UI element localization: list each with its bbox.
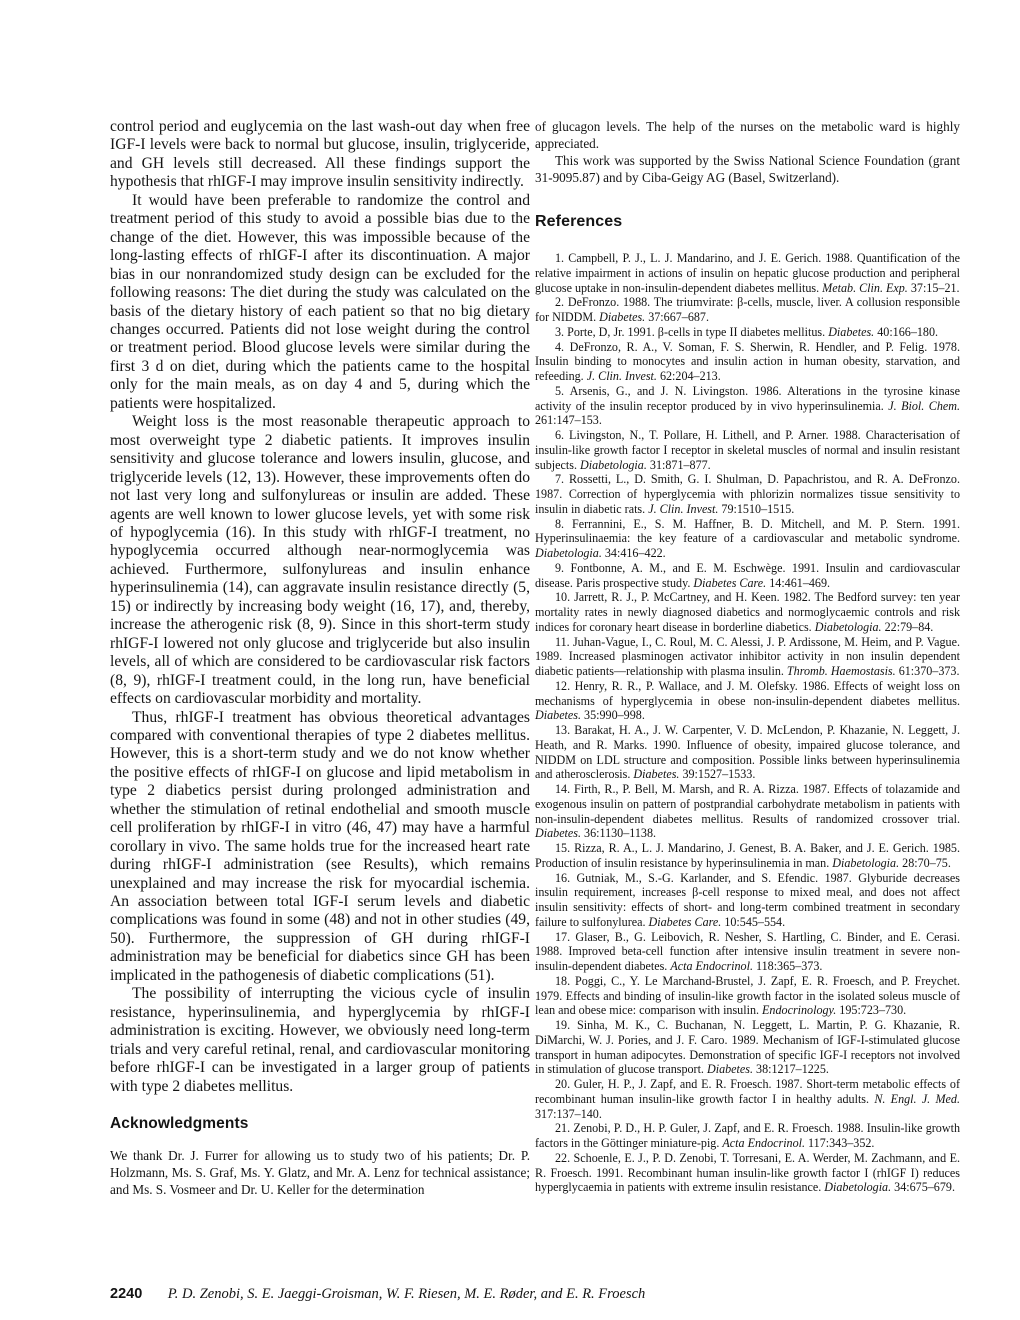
reference-journal: Diabetologia. xyxy=(535,546,602,560)
reference-item: 6. Livingston, N., T. Pollare, H. Lithel… xyxy=(535,428,960,472)
right-column: of glucagon levels. The help of the nurs… xyxy=(535,118,960,1195)
reference-journal: Diabetes Care. xyxy=(649,915,722,929)
reference-journal: Diabetes. xyxy=(599,310,645,324)
body-paragraph: The possibility of interrupting the vici… xyxy=(110,985,530,1096)
reference-item: 5. Arsenis, G., and J. N. Livingston. 19… xyxy=(535,384,960,428)
reference-journal: N. Engl. J. Med. xyxy=(874,1092,960,1106)
reference-item: 8. Ferrannini, E., S. M. Haffner, B. D. … xyxy=(535,517,960,561)
reference-item: 20. Guler, H. P., J. Zapf, and E. R. Fro… xyxy=(535,1077,960,1121)
reference-journal: Diabetes. xyxy=(707,1062,753,1076)
reference-item: 10. Jarrett, R. J., P. McCartney, and H.… xyxy=(535,590,960,634)
reference-citation: 61:370–373. xyxy=(896,664,960,678)
reference-journal: Diabetologia. xyxy=(815,620,882,634)
reference-citation: 28:70–75. xyxy=(899,856,951,870)
reference-citation: 36:1130–1138. xyxy=(581,826,656,840)
reference-item: 11. Juhan-Vague, I., C. Roul, M. C. Ales… xyxy=(535,635,960,679)
reference-journal: Metab. Clin. Exp. xyxy=(822,281,908,295)
reference-citation: 34:416–422. xyxy=(602,546,666,560)
reference-item: 19. Sinha, M. K., C. Buchanan, N. Legget… xyxy=(535,1018,960,1077)
funding-statement: This work was supported by the Swiss Nat… xyxy=(535,152,960,186)
reference-item: 7. Rossetti, L., D. Smith, G. I. Shulman… xyxy=(535,472,960,516)
reference-citation: 118:365–373. xyxy=(753,959,822,973)
reference-journal: Endocrinology. xyxy=(762,1003,836,1017)
reference-list: 1. Campbell, P. J., L. J. Mandarino, and… xyxy=(535,251,960,1195)
reference-citation: 10:545–554. xyxy=(721,915,785,929)
reference-journal: Acta Endocrinol. xyxy=(670,959,753,973)
reference-journal: Thromb. Hae­mostasis. xyxy=(787,664,896,678)
reference-citation: 14:461–469. xyxy=(766,576,830,590)
reference-item: 22. Schoenle, E. J., P. D. Zenobi, T. To… xyxy=(535,1151,960,1195)
body-paragraph: Weight loss is the most reasonable thera… xyxy=(110,413,530,708)
reference-journal: J. Biol. Chem. xyxy=(888,399,960,413)
reference-item: 17. Glaser, B., G. Leibovich, R. Nesher,… xyxy=(535,930,960,974)
reference-journal: Diabetes Care. xyxy=(693,576,766,590)
reference-citation: 35:990–998. xyxy=(581,708,645,722)
reference-item: 1. Campbell, P. J., L. J. Mandarino, and… xyxy=(535,251,960,295)
reference-item: 4. DeFronzo, R. A., V. Soman, F. S. Sher… xyxy=(535,340,960,384)
reference-item: 14. Firth, R., P. Bell, M. Marsh, and R.… xyxy=(535,782,960,841)
reference-citation: 62:204–213. xyxy=(657,369,721,383)
reference-citation: 40:166–180. xyxy=(874,325,938,339)
reference-citation: 37:15–21. xyxy=(908,281,960,295)
reference-journal: Diabetes. xyxy=(535,826,581,840)
reference-item: 3. Porte, D, Jr. 1991. β-cells in type I… xyxy=(535,325,960,340)
reference-item: 12. Henry, R. R., P. Wallace, and J. M. … xyxy=(535,679,960,723)
reference-item: 21. Zenobi, P. D., H. P. Guler, J. Zapf,… xyxy=(535,1121,960,1151)
reference-journal: Diabetologia. xyxy=(580,458,647,472)
reference-journal: Diabetolo­gia. xyxy=(832,856,899,870)
reference-citation: 195:723–730. xyxy=(836,1003,906,1017)
reference-citation: 38:1217–1225. xyxy=(753,1062,829,1076)
reference-journal: Acta Endocrinol. xyxy=(722,1136,805,1150)
reference-citation: 34:675–679. xyxy=(891,1180,955,1194)
acknowledgments-heading: Acknowledgments xyxy=(110,1115,530,1133)
reference-citation: 37:667–687. xyxy=(645,310,709,324)
page-number: 2240 xyxy=(110,1286,142,1302)
reference-item: 2. DeFronzo. 1988. The triumvirate: β-ce… xyxy=(535,295,960,325)
acknowledgments-text: We thank Dr. J. Furrer for allowing us t… xyxy=(110,1147,530,1198)
reference-citation: 31:871–877. xyxy=(647,458,711,472)
body-paragraph: control period and euglycemia on the las… xyxy=(110,118,530,192)
reference-journal: Diabetes. xyxy=(633,767,679,781)
body-paragraph: Thus, rhIGF-I treatment has obvious theo… xyxy=(110,709,530,986)
reference-citation: 261:147–153. xyxy=(535,413,602,427)
reference-citation: 317:137–140. xyxy=(535,1107,602,1121)
reference-journal: J. Clin. Invest. xyxy=(587,369,657,383)
reference-text: 8. Ferrannini, E., S. M. Haffner, B. D. … xyxy=(535,517,960,546)
reference-citation: 39:1527–1533. xyxy=(679,767,755,781)
running-authors: P. D. Zenobi, S. E. Jaeggi-Groisman, W. … xyxy=(168,1286,646,1302)
references-heading: References xyxy=(535,213,960,231)
body-paragraph: It would have been preferable to randomi… xyxy=(110,192,530,413)
reference-citation: 22:79–84. xyxy=(882,620,934,634)
reference-item: 13. Barakat, H. A., J. W. Carpenter, V. … xyxy=(535,723,960,782)
reference-journal: Diabetes. xyxy=(828,325,874,339)
reference-journal: Diabetes. xyxy=(535,708,581,722)
reference-item: 15. Rizza, R. A., L. J. Mandarino, J. Ge… xyxy=(535,841,960,871)
reference-item: 16. Gutniak, M., S.-G. Karlander, and S.… xyxy=(535,871,960,930)
left-column: control period and euglycemia on the las… xyxy=(110,118,530,1198)
reference-citation: 79:1510–1515. xyxy=(718,502,794,516)
page-footer: 2240 P. D. Zenobi, S. E. Jaeggi-Groisman… xyxy=(110,1286,810,1303)
reference-journal: J. Clin. Invest. xyxy=(648,502,718,516)
reference-text: 14. Firth, R., P. Bell, M. Marsh, and R.… xyxy=(535,782,960,826)
reference-item: 18. Poggi, C., Y. Le Marchand-Brustel, J… xyxy=(535,974,960,1018)
reference-text: 3. Porte, D, Jr. 1991. β-cells in type I… xyxy=(555,325,828,339)
reference-text: 12. Henry, R. R., P. Wallace, and J. M. … xyxy=(535,679,960,708)
acknowledgments-continuation: of glucagon levels. The help of the nurs… xyxy=(535,118,960,152)
reference-journal: Diabetologia. xyxy=(824,1180,891,1194)
reference-item: 9. Fontbonne, A. M., and E. M. Eschwège.… xyxy=(535,561,960,591)
reference-citation: 117:343–352. xyxy=(805,1136,874,1150)
